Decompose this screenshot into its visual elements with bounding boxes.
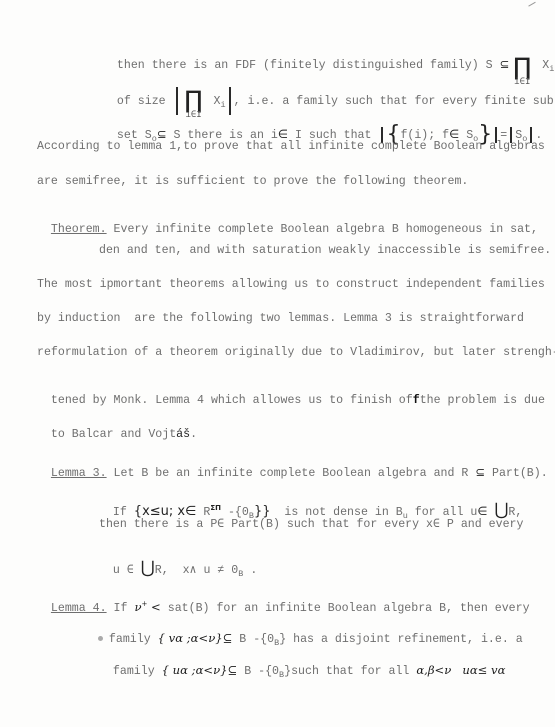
subseteq-symbol: ⊆ [500, 57, 510, 71]
line-12: to Balcar and Vojtáš. [37, 414, 197, 442]
line-4: According to lemma 1,to prove that all i… [37, 140, 545, 154]
line-19: family { uα ;α<ν}⊆ B -{0B}such that for … [99, 649, 505, 682]
line-15: then there is a P∈ Part(B) such that for… [99, 518, 523, 532]
lemma-4-line: Lemma 4. If ν+ < sat(B) for an infinite … [37, 583, 530, 616]
line-16: u ∈ ⋃R, x∧ u ≠ 0B . [99, 547, 257, 581]
line-8: The most ipmortant theorems allowing us … [37, 278, 545, 292]
line-11: tened by Monk. Lemma 4 which allowes us … [37, 380, 545, 408]
lemma-3-label: Lemma 3. [51, 467, 107, 480]
line-5: are semifree, it is sufficient to prove … [37, 175, 468, 189]
line-2: of size ∏i∈I Xi, i.e. a family such that… [103, 72, 555, 116]
ink-dot-mark [98, 636, 103, 641]
line-9: by induction are the following two lemma… [37, 312, 524, 326]
lemma-4-label: Lemma 4. [51, 602, 107, 615]
line-7: den and ten, and with saturation weakly … [99, 244, 551, 258]
line-18: family { vα ;α<ν}⊆ B -{0B} has a disjoin… [84, 617, 523, 650]
line-10: reformulation of a theorem originally du… [37, 346, 555, 360]
theorem-line: Theorem. Every infinite complete Boolean… [37, 209, 538, 237]
lemma-3-line: Lemma 3. Let B be an infinite complete B… [37, 451, 548, 481]
theorem-label: Theorem. [51, 223, 107, 236]
text: then there is an FDF (finitely distingui… [117, 59, 500, 72]
page-number-mark [526, 0, 535, 7]
